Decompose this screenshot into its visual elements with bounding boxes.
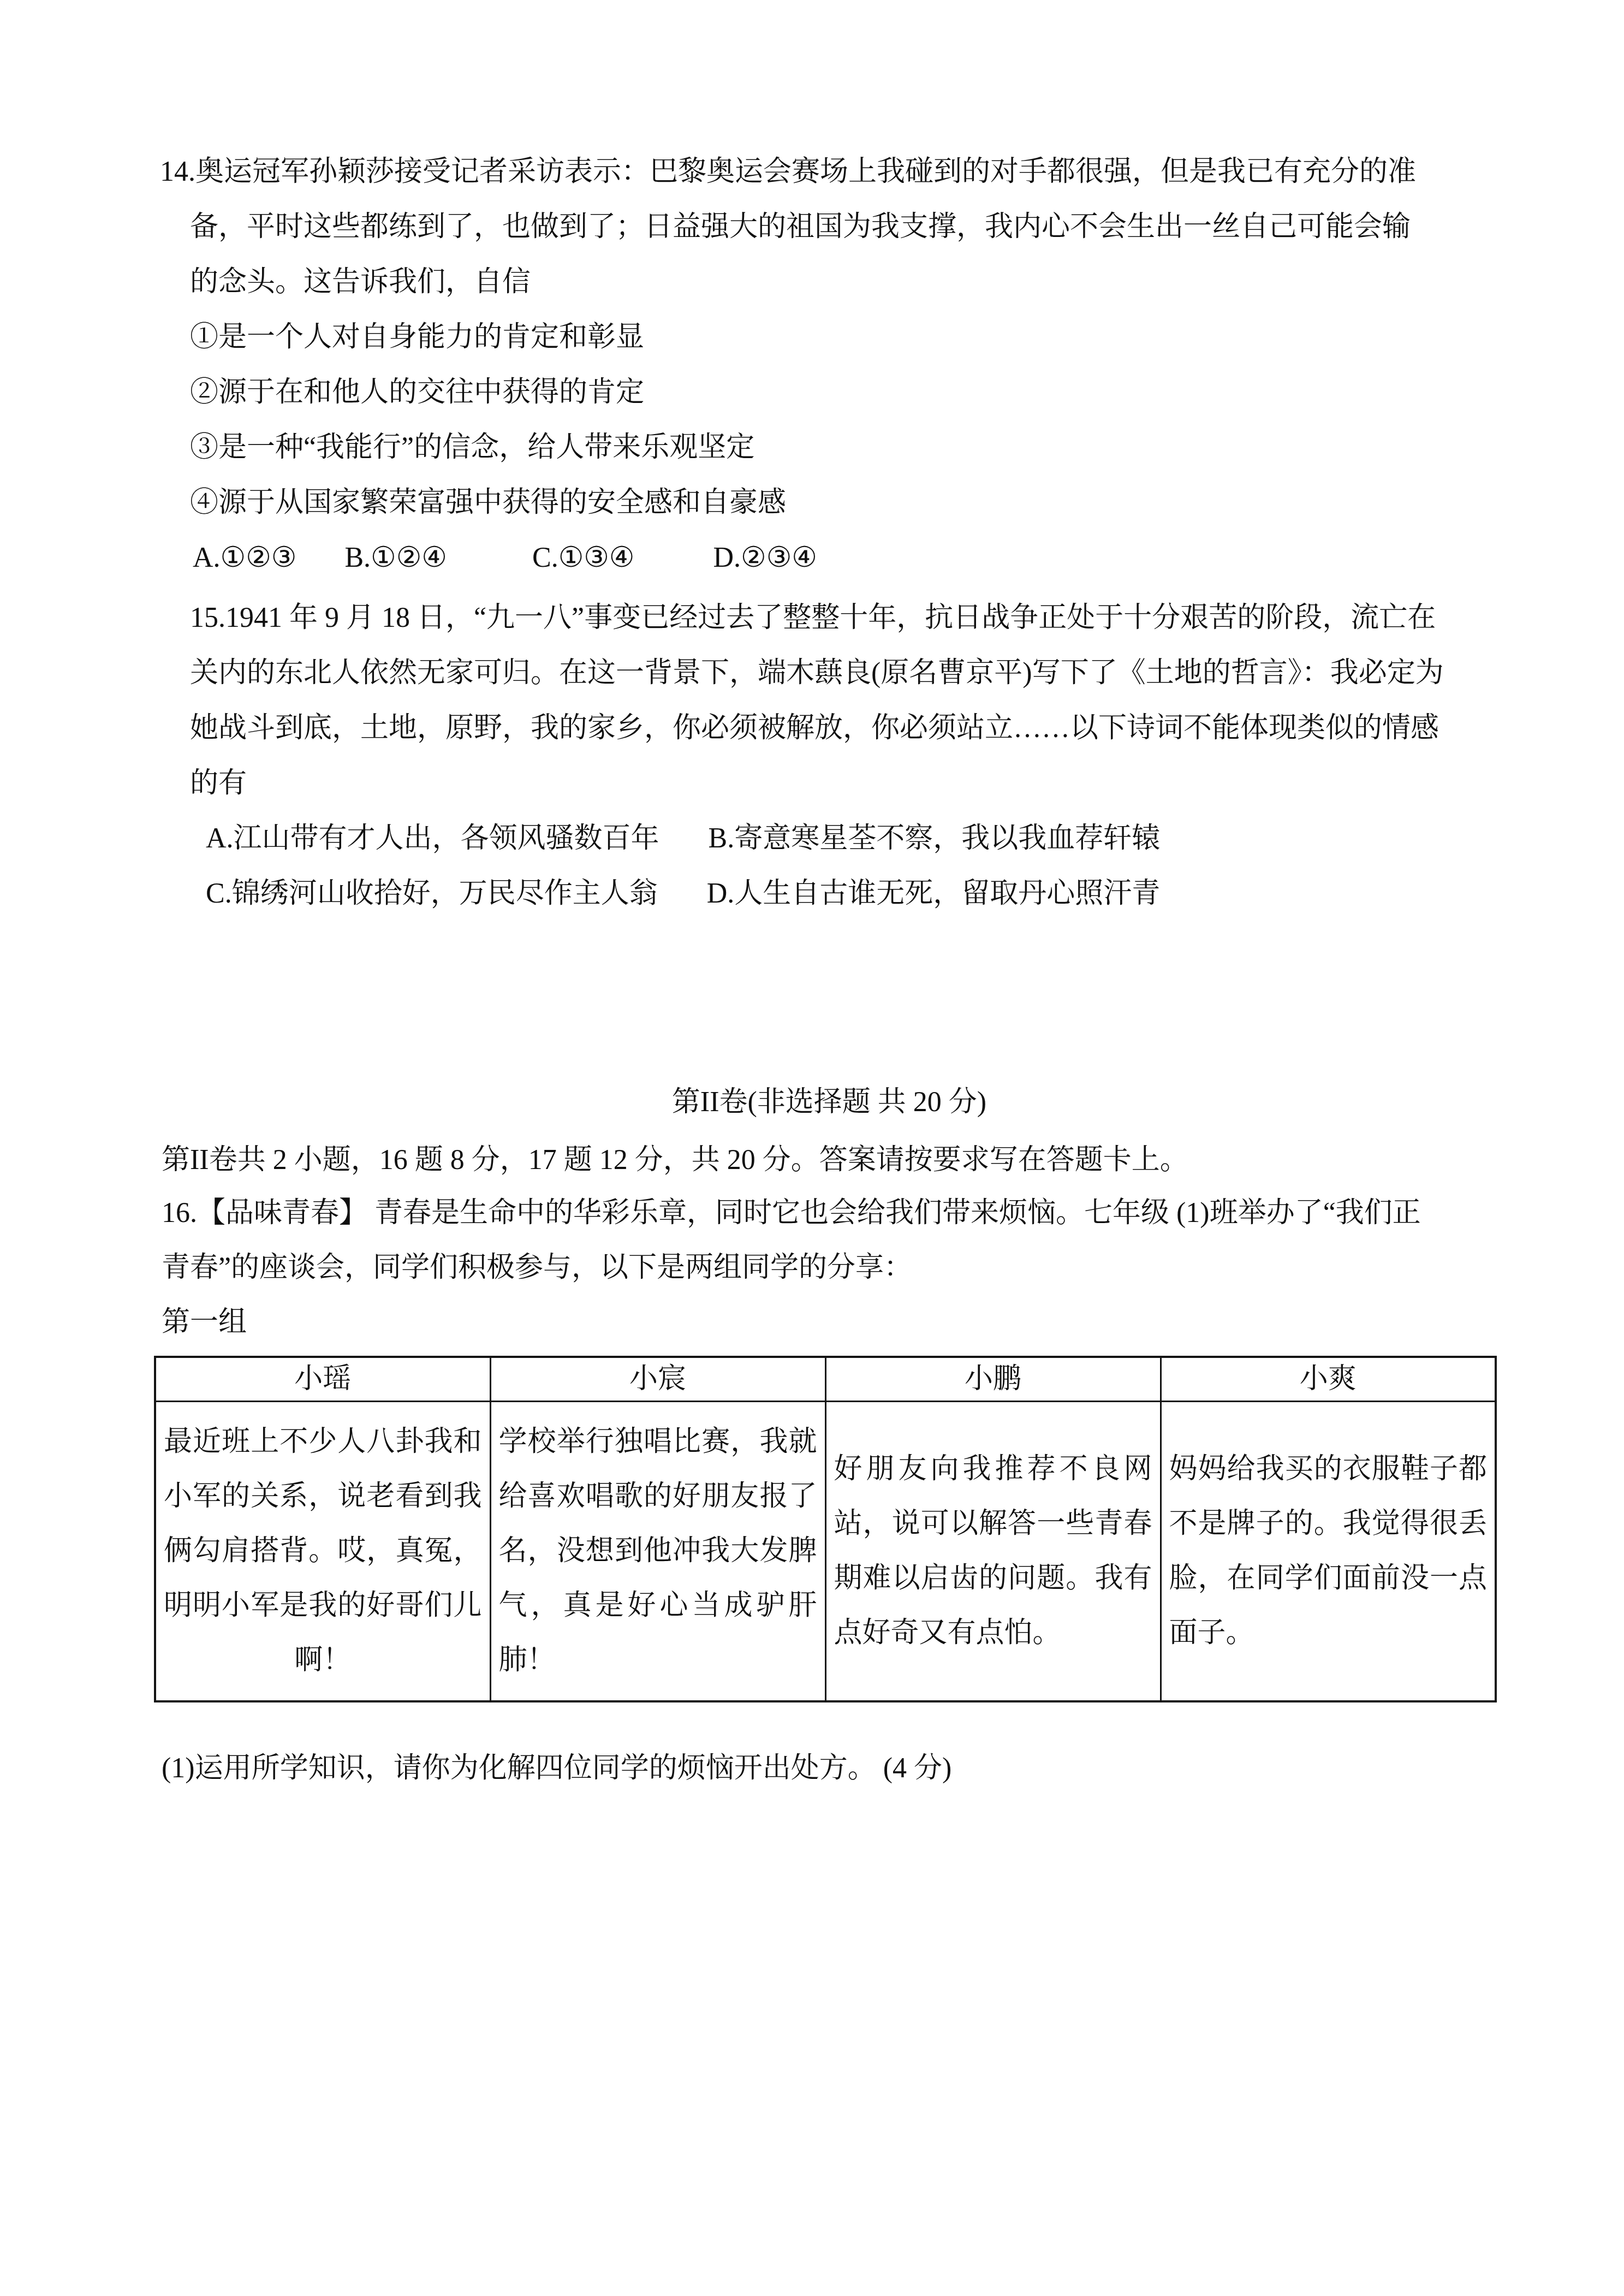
table-cell-xiaopeng: 好朋友向我推荐不良网站，说可以解答一些青春期难以启齿的问题。我有点好奇又有点怕。	[825, 1402, 1161, 1702]
text-line: ③是一种“我能行”的信念，给人带来乐观坚定	[190, 420, 1511, 475]
question-16-intro-line2: 青春”的座谈会，同学们积极参与，以下是两组同学的分享：	[162, 1240, 912, 1295]
text-line: 期难以启齿的问题。我有	[834, 1551, 1152, 1606]
answer-choice: D.②③④	[713, 530, 817, 585]
question-14: 14.奥运冠军孙颖莎接受记者采访表示：巴黎奥运会赛场上我碰到的对手都很强，但是我…	[190, 144, 1511, 585]
table-cell-xiaoshuang: 妈妈给我买的衣服鞋子都不是牌子的。我觉得很丢脸，在同学们面前没一点面子。	[1161, 1402, 1496, 1702]
answer-choice: D.人生自古谁无死，留取丹心照汗青	[707, 866, 1161, 921]
text-line: 脸，在同学们面前没一点	[1169, 1551, 1488, 1606]
answer-choice: C.①③④	[532, 530, 635, 585]
table-header-xiaopeng: 小鹏	[825, 1357, 1161, 1402]
text-line: 肺！	[499, 1633, 817, 1688]
text-line: 备，平时这些都练到了，也做到了；日益强大的祖国为我支撑，我内心不会生出一丝自己可…	[190, 199, 1511, 254]
text-line: 站，说可以解答一些青春	[834, 1497, 1152, 1551]
text-line: 气，真是好心当成驴肝	[499, 1579, 817, 1633]
question-15: 15.1941 年 9 月 18 日，“九一八”事变已经过去了整整十年，抗日战争…	[190, 590, 1511, 921]
xiaoyao-share-text: 最近班上不少人八卦我和小军的关系，说老看到我俩勾肩搭背。哎，真冤，明明小军是我的…	[164, 1415, 482, 1688]
answer-choice: C.锦绣河山收拾好，万民尽作主人翁	[206, 866, 658, 921]
text-line: 点好奇又有点怕。	[834, 1606, 1152, 1660]
table-header-xiaoyao: 小瑶	[155, 1357, 490, 1402]
answer-choice: B.寄意寒星荃不察，我以我血荐轩辕	[709, 811, 1161, 866]
question-16-sub1: (1)运用所学知识，请你为化解四位同学的烦恼开出处方。 (4 分)	[162, 1741, 951, 1796]
exam-page: 14.奥运冠军孙颖莎接受记者采访表示：巴黎奥运会赛场上我碰到的对手都很强，但是我…	[0, 0, 1624, 2296]
text-line: 学校举行独唱比赛，我就	[499, 1415, 817, 1469]
xiaochen-share-text: 学校举行独唱比赛，我就给喜欢唱歌的好朋友报了名，没想到他冲我大发脾气，真是好心当…	[499, 1415, 817, 1688]
text-line: 面子。	[1169, 1606, 1488, 1660]
table-header-row: 小瑶 小宸 小鹏 小爽	[155, 1357, 1496, 1402]
text-line: ②源于在和他人的交往中获得的肯定	[190, 365, 1511, 420]
text-line: 好朋友向我推荐不良网	[834, 1442, 1152, 1497]
text-line: ①是一个人对自身能力的肯定和彰显	[190, 310, 1511, 365]
text-line: 不是牌子的。我觉得很丢	[1169, 1497, 1488, 1551]
table-header-xiaoshuang: 小爽	[1161, 1357, 1496, 1402]
text-line: 妈妈给我买的衣服鞋子都	[1169, 1442, 1488, 1497]
section2-heading: 第II卷(非选择题 共 20 分)	[162, 1075, 1497, 1130]
answer-choice: B.①②④	[344, 530, 447, 585]
question-16-intro-line1: 16.【品味青春】 青春是生命中的华彩乐章，同时它也会给我们带来烦恼。七年级 (…	[162, 1185, 1421, 1241]
question-15-text: 15.1941 年 9 月 18 日，“九一八”事变已经过去了整整十年，抗日战争…	[190, 590, 1511, 811]
students-share-table: 小瑶 小宸 小鹏 小爽 最近班上不少人八卦我和小军的关系，说老看到我俩勾肩搭背。…	[154, 1356, 1497, 1702]
table-cell-xiaoyao: 最近班上不少人八卦我和小军的关系，说老看到我俩勾肩搭背。哎，真冤，明明小军是我的…	[155, 1402, 490, 1702]
text-line: 给喜欢唱歌的好朋友报了	[499, 1469, 817, 1524]
text-line: 啊！	[164, 1633, 482, 1688]
answer-choice: A.江山带有才人出，各领风骚数百年	[206, 811, 659, 866]
question-14-text: 14.奥运冠军孙颖莎接受记者采访表示：巴黎奥运会赛场上我碰到的对手都很强，但是我…	[190, 144, 1511, 310]
question-15-answer-row-1: A.江山带有才人出，各领风骚数百年B.寄意寒星荃不察，我以我血荐轩辕	[206, 811, 1511, 866]
text-line: 的有	[190, 756, 1511, 811]
xiaopeng-share-text: 好朋友向我推荐不良网站，说可以解答一些青春期难以启齿的问题。我有点好奇又有点怕。	[834, 1442, 1152, 1660]
text-line: 15.1941 年 9 月 18 日，“九一八”事变已经过去了整整十年，抗日战争…	[190, 590, 1511, 645]
table-header-xiaochen: 小宸	[490, 1357, 825, 1402]
section2-note: 第II卷共 2 小题，16 题 8 分，17 题 12 分，共 20 分。答案请…	[162, 1132, 1188, 1188]
question-15-answer-row-2: C.锦绣河山收拾好，万民尽作主人翁D.人生自古谁无死，留取丹心照汗青	[206, 866, 1511, 921]
group-1-label: 第一组	[162, 1295, 247, 1350]
text-line: 的念头。这告诉我们，自信	[190, 254, 1511, 310]
text-line: 关内的东北人依然无家可归。在这一背景下，端木蕻良(原名曹京平)写下了《土地的哲言…	[190, 645, 1511, 701]
table-body-row: 最近班上不少人八卦我和小军的关系，说老看到我俩勾肩搭背。哎，真冤，明明小军是我的…	[155, 1402, 1496, 1702]
text-line: 小军的关系，说老看到我	[164, 1469, 482, 1524]
text-line: ④源于从国家繁荣富强中获得的安全感和自豪感	[190, 475, 1511, 530]
question-14-options: ①是一个人对自身能力的肯定和彰显②源于在和他人的交往中获得的肯定③是一种“我能行…	[190, 310, 1511, 530]
xiaoshuang-share-text: 妈妈给我买的衣服鞋子都不是牌子的。我觉得很丢脸，在同学们面前没一点面子。	[1169, 1442, 1488, 1660]
text-line: 明明小军是我的好哥们儿	[164, 1579, 482, 1633]
text-line: 最近班上不少人八卦我和	[164, 1415, 482, 1469]
text-line: 她战斗到底，土地，原野，我的家乡，你必须被解放，你必须站立……以下诗词不能体现类…	[190, 701, 1511, 756]
question-14-answer-choices: A.①②③B.①②④C.①③④D.②③④	[193, 530, 1511, 585]
table-cell-xiaochen: 学校举行独唱比赛，我就给喜欢唱歌的好朋友报了名，没想到他冲我大发脾气，真是好心当…	[490, 1402, 825, 1702]
answer-choice: A.①②③	[193, 530, 296, 585]
text-line: 俩勾肩搭背。哎，真冤，	[164, 1524, 482, 1579]
text-line: 名，没想到他冲我大发脾	[499, 1524, 817, 1579]
text-line: 14.奥运冠军孙颖莎接受记者采访表示：巴黎奥运会赛场上我碰到的对手都很强，但是我…	[160, 144, 1511, 199]
